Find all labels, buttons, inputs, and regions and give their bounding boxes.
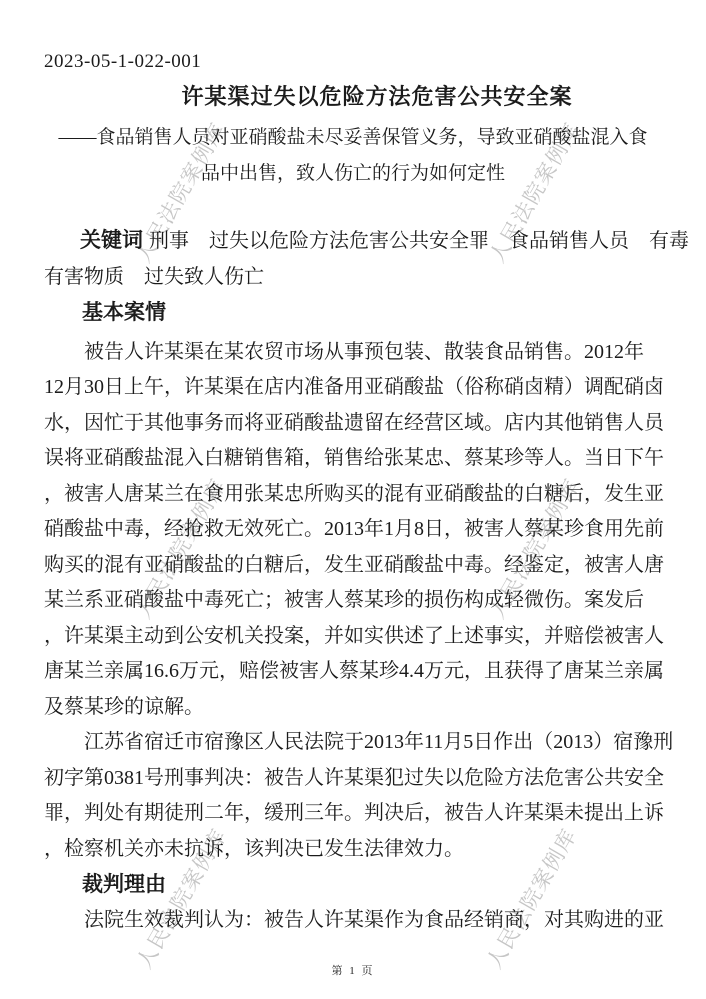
keywords-terms-1: 刑事 过失以危险方法危害公共安全罪 食品销售人员 有毒 (149, 230, 689, 252)
page-footer: 第 1 页 (0, 962, 706, 978)
keywords-block: 关键词刑事 过失以危险方法危害公共安全罪 食品销售人员 有毒 有害物质 过失致人… (44, 223, 662, 295)
paragraph-judgment-reasons-1: 法院生效裁判认为：被告人许某渠作为食品经销商，对其购进的亚 (44, 903, 662, 939)
keywords-line-1: 关键词刑事 过失以危险方法危害公共安全罪 食品销售人员 有毒 (44, 223, 662, 260)
section-heading-judgment-reasons: 裁判理由 (44, 867, 662, 903)
document-title: 许某渠过失以危险方法危害公共安全案 (44, 83, 662, 111)
document-content: 2023-05-1-022-001 许某渠过失以危险方法危害公共安全案 ——食品… (0, 0, 706, 938)
paragraph-basic-facts-1: 被告人许某渠在某农贸市场从事预包装、散装食品销售。2012年 12月30日上午，… (44, 335, 662, 726)
document-subtitle: ——食品销售人员对亚硝酸盐未尽妥善保管义务，导致亚硝酸盐混入食 品中出售，致人伤… (44, 120, 662, 192)
document-page: 人民法院案例库 人民法院案例库 人民法院案例库 人民法院案例库 人民法院案例库 … (0, 0, 706, 999)
keywords-label: 关键词 (80, 229, 143, 252)
keywords-line-2: 有害物质 过失致人伤亡 (44, 260, 662, 296)
paragraph-basic-facts-2: 江苏省宿迁市宿豫区人民法院于2013年11月5日作出（2013）宿豫刑 初字第0… (44, 725, 662, 867)
page-number: 第 1 页 (332, 965, 375, 977)
case-number: 2023-05-1-022-001 (44, 50, 662, 74)
section-heading-basic-facts: 基本案情 (44, 295, 662, 331)
